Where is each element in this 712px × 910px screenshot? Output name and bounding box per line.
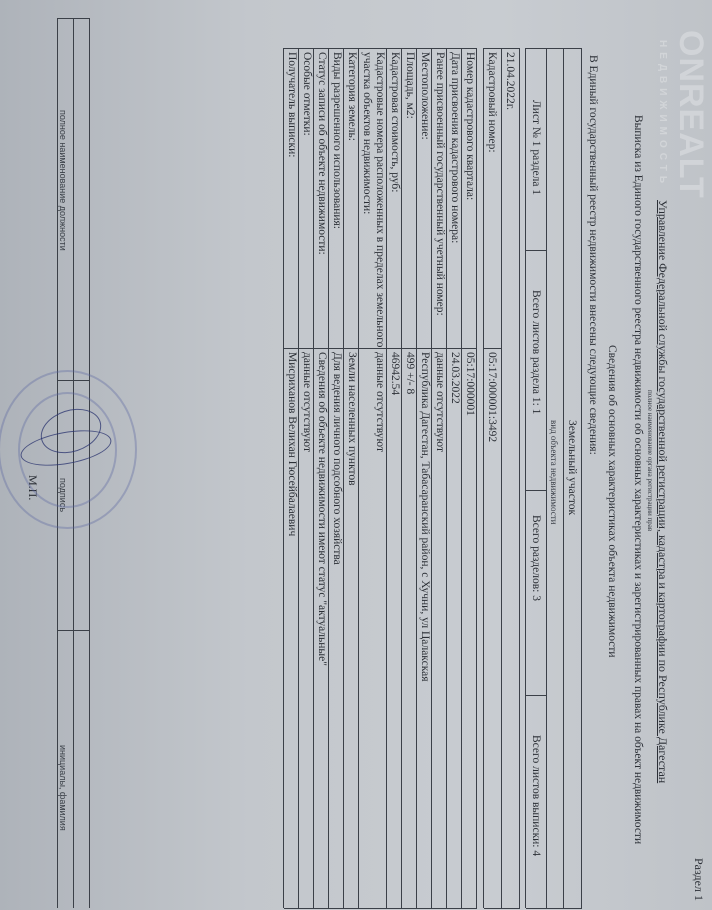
object-type: Земельный участок — [565, 420, 579, 515]
total-sections: Всего разделов: 3 — [529, 515, 543, 601]
table-row: Категория земель:Земли населенных пункто… — [344, 48, 359, 908]
row-value: Республика Дагестан, Табасаранский район… — [418, 352, 431, 682]
row-value: 05:17:000001 — [463, 352, 476, 416]
row-label: Статус записи об объекте недвижимости: — [315, 52, 328, 255]
row-label: Ранее присвоенный государственный учетны… — [433, 52, 446, 316]
sheet-label: Лист № 1 раздела 1 — [529, 100, 543, 195]
row-value: Земли населенных пунктов — [345, 352, 358, 486]
row-label: Виды разрешенного использования: — [330, 52, 343, 229]
cadastral-number-label: Кадастровый номер: — [485, 52, 499, 153]
watermark-brand: ONREALT — [671, 30, 710, 199]
photo-frame: ONREALT НЕДВИЖИМОСТЬ Управление Федераль… — [0, 0, 712, 910]
row-value: данные отсутствуют — [373, 352, 386, 452]
table-row: Кадастровая стоимость, руб:46942.54 — [387, 48, 402, 908]
object-type-caption: вид объекта недвижимости — [547, 420, 561, 524]
row-value: Мисриханов Велихан Гюсейбалаевич — [285, 352, 298, 536]
table-row: Виды разрешенного использования:Для веде… — [329, 48, 344, 908]
initials-caption: инициалы, фамилия — [56, 745, 70, 831]
document-page: ONREALT НЕДВИЖИМОСТЬ Управление Федераль… — [0, 0, 712, 910]
row-value: 24.03.2022 — [448, 352, 461, 404]
table-row: Ранее присвоенный государственный учетны… — [432, 48, 447, 908]
table-row: Статус записи об объекте недвижимости:Св… — [314, 48, 329, 908]
row-label: Особые отметки: — [300, 52, 313, 136]
row-label: Площадь, м2: — [403, 52, 416, 119]
table-row: Дата присвоения кадастрового номера:24.0… — [447, 48, 462, 908]
row-label: Получатель выписки: — [285, 52, 298, 157]
row-label: Кадастровая стоимость, руб: — [388, 52, 401, 192]
row-value: Сведения об объекте недвижимости имеют с… — [315, 352, 328, 666]
table-row: Кадастровые номера расположенных в преде… — [359, 48, 387, 908]
row-label: Дата присвоения кадастрового номера: — [448, 52, 461, 243]
table-row: Номер кадастрового квартала:05:17:000001 — [462, 48, 477, 908]
row-value: Для ведения личного подсобного хозяйства — [330, 352, 343, 565]
total-sheets-section: Всего листов раздела 1: 1 — [529, 290, 543, 414]
intro-text: В Единый государственный реестр недвижим… — [587, 55, 599, 455]
extract-title: Выписка из Единого государственного реес… — [632, 115, 644, 844]
section-label: Раздел 1 — [691, 858, 706, 901]
row-value: данные отсутствуют — [300, 352, 313, 452]
authority-caption: полное наименование органа регистрации п… — [646, 390, 654, 531]
table-row: Получатель выписки:Мисриханов Велихан Гю… — [284, 48, 299, 908]
row-label: Номер кадастрового квартала: — [463, 52, 476, 200]
extract-date: 21.04.2022г. — [503, 52, 517, 110]
row-label: Кадастровые номера расположенных в преде… — [360, 52, 386, 347]
authority-name: Управление Федеральной службы государств… — [655, 200, 670, 783]
row-value: 499 +/- 8 — [403, 352, 416, 394]
table-row: Местоположение:Республика Дагестан, Таба… — [417, 48, 432, 908]
watermark-subtitle: НЕДВИЖИМОСТЬ — [657, 40, 668, 188]
cadastral-number-value: 05:17:000001:3492 — [485, 352, 499, 442]
info-title: Сведения об основных характеристиках объ… — [606, 345, 618, 658]
row-value: 46942.54 — [388, 352, 401, 395]
table-row: Площадь, м2:499 +/- 8 — [402, 48, 417, 908]
total-sheets-extract: Всего листов выписки: 4 — [529, 735, 543, 856]
row-label: Местоположение: — [418, 52, 431, 140]
position-caption: полное наименование должности — [56, 110, 70, 251]
row-label: Категория земель: — [345, 52, 358, 141]
table-row: Особые отметки:данные отсутствуют — [299, 48, 314, 908]
row-value: данные отсутствуют — [433, 352, 446, 452]
